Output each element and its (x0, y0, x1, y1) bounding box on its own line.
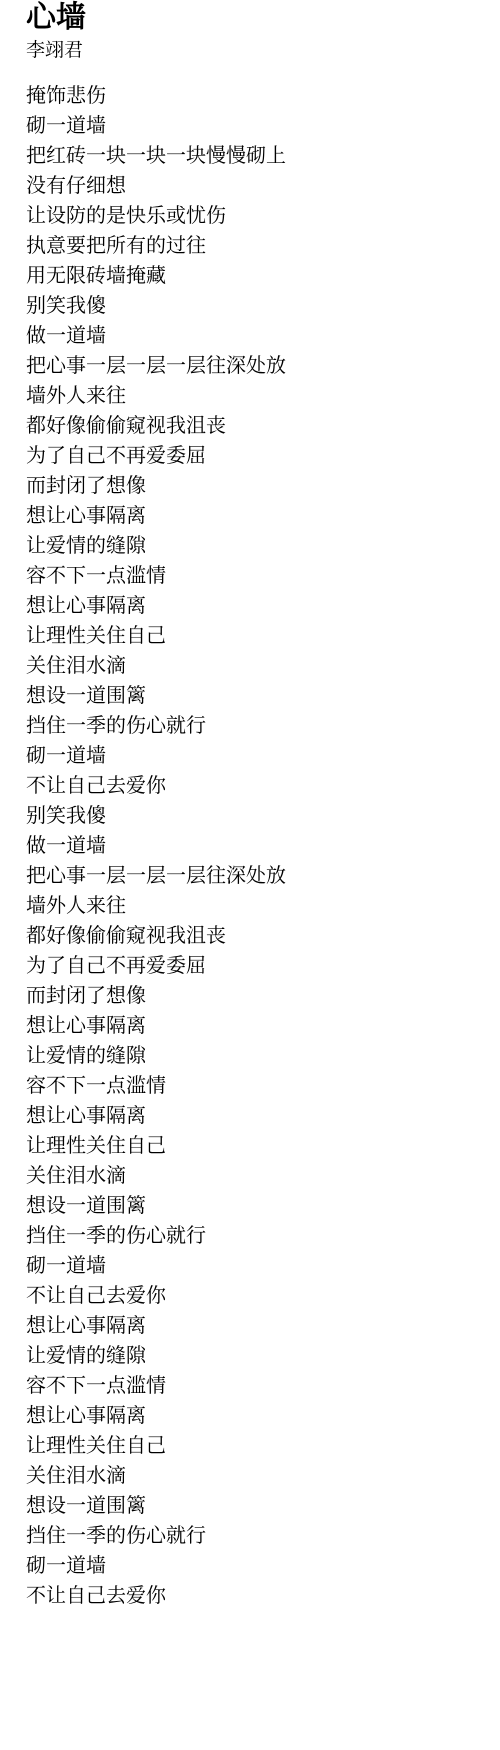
lyric-line: 让设防的是快乐或忧伤 (26, 201, 490, 231)
lyric-line: 为了自己不再爱委屈 (26, 441, 490, 471)
lyric-line: 都好像偷偷窥视我沮丧 (26, 921, 490, 951)
lyric-line: 让爱情的缝隙 (26, 1041, 490, 1071)
lyric-line: 不让自己去爱你 (26, 1281, 490, 1311)
lyric-line: 墙外人来往 (26, 891, 490, 921)
lyric-line: 别笑我傻 (26, 291, 490, 321)
lyric-line: 墙外人来往 (26, 381, 490, 411)
lyric-line: 想设一道围篱 (26, 1191, 490, 1221)
lyric-line: 而封闭了想像 (26, 981, 490, 1011)
lyric-line: 让爱情的缝隙 (26, 531, 490, 561)
lyric-line: 容不下一点滥情 (26, 1071, 490, 1101)
lyric-line: 砌一道墙 (26, 1551, 490, 1581)
lyric-line: 挡住一季的伤心就行 (26, 711, 490, 741)
lyric-line: 为了自己不再爱委屈 (26, 951, 490, 981)
song-title: 心墙 (26, 1, 490, 35)
lyric-line: 容不下一点滥情 (26, 561, 490, 591)
lyric-line: 让理性关住自己 (26, 1131, 490, 1161)
lyric-line: 挡住一季的伤心就行 (26, 1221, 490, 1251)
lyric-line: 不让自己去爱你 (26, 771, 490, 801)
lyric-line: 让爱情的缝隙 (26, 1341, 490, 1371)
lyric-line: 想让心事隔离 (26, 591, 490, 621)
lyric-line: 别笑我傻 (26, 801, 490, 831)
lyric-line: 砌一道墙 (26, 1251, 490, 1281)
lyric-line: 掩饰悲伤 (26, 81, 490, 111)
lyric-line: 做一道墙 (26, 831, 490, 861)
lyric-line: 关住泪水滴 (26, 1161, 490, 1191)
lyric-line: 做一道墙 (26, 321, 490, 351)
lyric-line: 关住泪水滴 (26, 651, 490, 681)
lyric-line: 想让心事隔离 (26, 1011, 490, 1041)
lyric-line: 都好像偷偷窥视我沮丧 (26, 411, 490, 441)
lyric-line: 关住泪水滴 (26, 1461, 490, 1491)
lyric-line: 把心事一层一层一层往深处放 (26, 861, 490, 891)
lyric-line: 砌一道墙 (26, 111, 490, 141)
lyric-line: 没有仔细想 (26, 171, 490, 201)
lyric-line: 执意要把所有的过往 (26, 231, 490, 261)
lyric-line: 用无限砖墙掩藏 (26, 261, 490, 291)
lyrics-page: 心墙 李翊君 掩饰悲伤砌一道墙把红砖一块一块一块慢慢砌上没有仔细想让设防的是快乐… (0, 0, 500, 1611)
lyric-line: 想让心事隔离 (26, 1401, 490, 1431)
lyric-line: 挡住一季的伤心就行 (26, 1521, 490, 1551)
lyric-line: 把心事一层一层一层往深处放 (26, 351, 490, 381)
lyric-line: 容不下一点滥情 (26, 1371, 490, 1401)
lyric-line: 让理性关住自己 (26, 1431, 490, 1461)
lyric-line: 不让自己去爱你 (26, 1581, 490, 1611)
lyric-line: 想设一道围篱 (26, 681, 490, 711)
lyric-line: 把红砖一块一块一块慢慢砌上 (26, 141, 490, 171)
lyric-line: 想让心事隔离 (26, 501, 490, 531)
lyric-line: 砌一道墙 (26, 741, 490, 771)
lyric-line: 想让心事隔离 (26, 1311, 490, 1341)
lyrics-block: 掩饰悲伤砌一道墙把红砖一块一块一块慢慢砌上没有仔细想让设防的是快乐或忧伤执意要把… (26, 81, 490, 1611)
lyric-line: 让理性关住自己 (26, 621, 490, 651)
lyric-line: 想让心事隔离 (26, 1101, 490, 1131)
artist-name: 李翊君 (26, 39, 490, 63)
lyric-line: 想设一道围篱 (26, 1491, 490, 1521)
lyric-line: 而封闭了想像 (26, 471, 490, 501)
